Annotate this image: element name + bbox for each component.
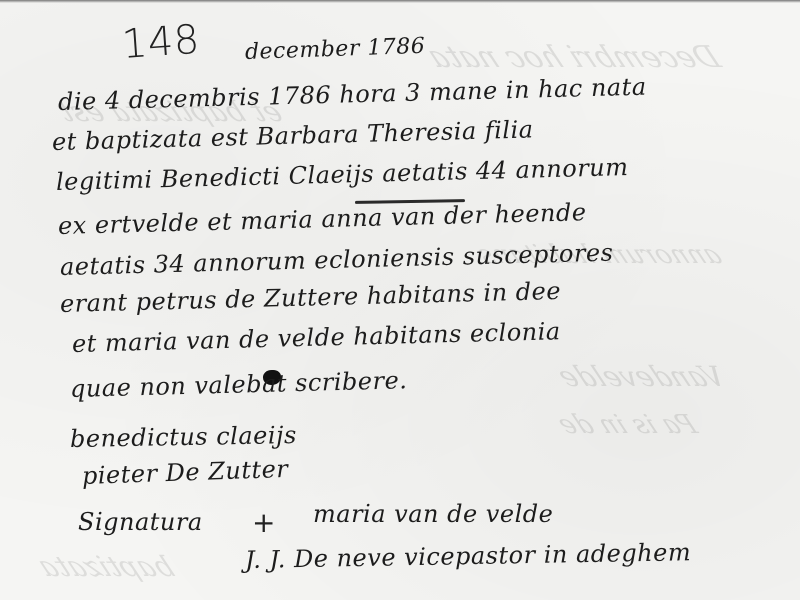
signature-godfather: pieter De Zutter	[82, 455, 289, 490]
signature-priest: J. J. De neve vicepastor in adeghem	[245, 538, 692, 574]
signature-father: benedictus claeijs	[70, 421, 297, 453]
entry-line-2: et baptizata est Barbara Theresia filia	[52, 115, 534, 156]
entry-line-4: ex ertvelde et maria anna van der heende	[58, 198, 587, 240]
month-heading: december 1786	[245, 34, 426, 65]
bleed-through-text: Decembri hoc nata	[422, 40, 727, 75]
page-top-edge	[0, 0, 800, 3]
register-page: Decembri hoc nata et baptizata est annor…	[0, 0, 800, 600]
entry-line-6: erant petrus de Zuttere habitans in dee	[60, 277, 562, 318]
godmother-cross-mark: +	[252, 506, 275, 539]
bleed-through-text: Pa is in de	[553, 410, 702, 440]
signature-godmother: maria van de velde	[313, 500, 553, 528]
entry-line-7: et maria van de velde habitans eclonia	[72, 317, 561, 358]
entry-line-5: aetatis 34 annorum ecloniensis susceptor…	[60, 239, 614, 281]
signatura-label: Signatura	[78, 508, 203, 536]
entry-line-3: legitimi Benedicti Claeijs aetatis 44 an…	[56, 153, 629, 196]
bleed-through-text: baptizata	[32, 550, 180, 583]
entry-line-1: die 4 decembris 1786 hora 3 mane in hac …	[58, 73, 647, 116]
bleed-through-text: Vandevelde	[552, 360, 730, 393]
record-number: 148	[120, 17, 201, 68]
entry-line-8: quae non valebat scribere.	[70, 366, 408, 403]
